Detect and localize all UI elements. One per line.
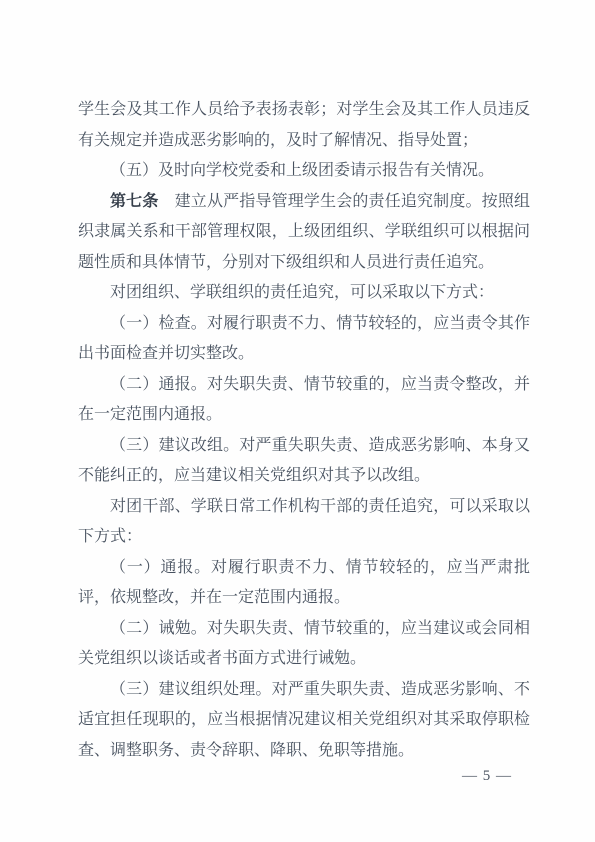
paragraph: （二）诫勉。对失职失责、情节较重的，应当建议或会同相关党组织以谈话或者书面方式进… xyxy=(78,614,530,675)
text-run: 学生会及其工作人员给予表扬表彰；对学生会及其工作人员违反有关规定并造成恶劣影响的… xyxy=(78,101,530,149)
page-number-text: — 5 — xyxy=(462,768,512,784)
page-number: — 5 — xyxy=(462,768,512,784)
paragraph: （二）通报。对失职失责、情节较重的，应当责令整改，并在一定范围内通报。 xyxy=(78,370,530,431)
document-body: 学生会及其工作人员给予表扬表彰；对学生会及其工作人员违反有关规定并造成恶劣影响的… xyxy=(78,95,530,766)
paragraph: 对团组织、学联组织的责任追究，可以采取以下方式： xyxy=(78,278,530,309)
text-run: 对团干部、学联日常工作机构干部的责任追究，可以采取以下方式： xyxy=(78,498,530,546)
paragraph: （五）及时向学校党委和上级团委请示报告有关情况。 xyxy=(78,156,530,187)
text-run: （五）及时向学校党委和上级团委请示报告有关情况。 xyxy=(110,162,494,179)
text-run: （二）诫勉。对失职失责、情节较重的，应当建议或会同相关党组织以谈话或者书面方式进… xyxy=(78,620,530,668)
paragraph: 学生会及其工作人员给予表扬表彰；对学生会及其工作人员违反有关规定并造成恶劣影响的… xyxy=(78,95,530,156)
text-run: （二）通报。对失职失责、情节较重的，应当责令整改，并在一定范围内通报。 xyxy=(78,376,530,424)
document-page: 学生会及其工作人员给予表扬表彰；对学生会及其工作人员违反有关规定并造成恶劣影响的… xyxy=(0,0,595,842)
paragraph: （三）建议组织处理。对严重失职失责、造成恶劣影响、不适宜担任现职的，应当根据情况… xyxy=(78,675,530,767)
text-run: （三）建议改组。对严重失职失责、造成恶劣影响、本身又不能纠正的，应当建议相关党组… xyxy=(78,437,530,485)
text-run: 对团组织、学联组织的责任追究，可以采取以下方式： xyxy=(110,284,494,301)
text-run: （一）通报。对履行职责不力、情节较轻的，应当严肃批评，依规整改，并在一定范围内通… xyxy=(78,559,530,607)
article-heading: 第七条 xyxy=(110,193,158,210)
paragraph: （一）检查。对履行职责不力、情节较轻的，应当责令其作出书面检查并切实整改。 xyxy=(78,309,530,370)
paragraph: （一）通报。对履行职责不力、情节较轻的，应当严肃批评，依规整改，并在一定范围内通… xyxy=(78,553,530,614)
paragraph: 对团干部、学联日常工作机构干部的责任追究，可以采取以下方式： xyxy=(78,492,530,553)
paragraph: 第七条 建立从严指导管理学生会的责任追究制度。按照组织隶属关系和干部管理权限，上… xyxy=(78,187,530,279)
text-run: （一）检查。对履行职责不力、情节较轻的，应当责令其作出书面检查并切实整改。 xyxy=(78,315,530,363)
paragraph: （三）建议改组。对严重失职失责、造成恶劣影响、本身又不能纠正的，应当建议相关党组… xyxy=(78,431,530,492)
text-run: （三）建议组织处理。对严重失职失责、造成恶劣影响、不适宜担任现职的，应当根据情况… xyxy=(78,681,530,759)
